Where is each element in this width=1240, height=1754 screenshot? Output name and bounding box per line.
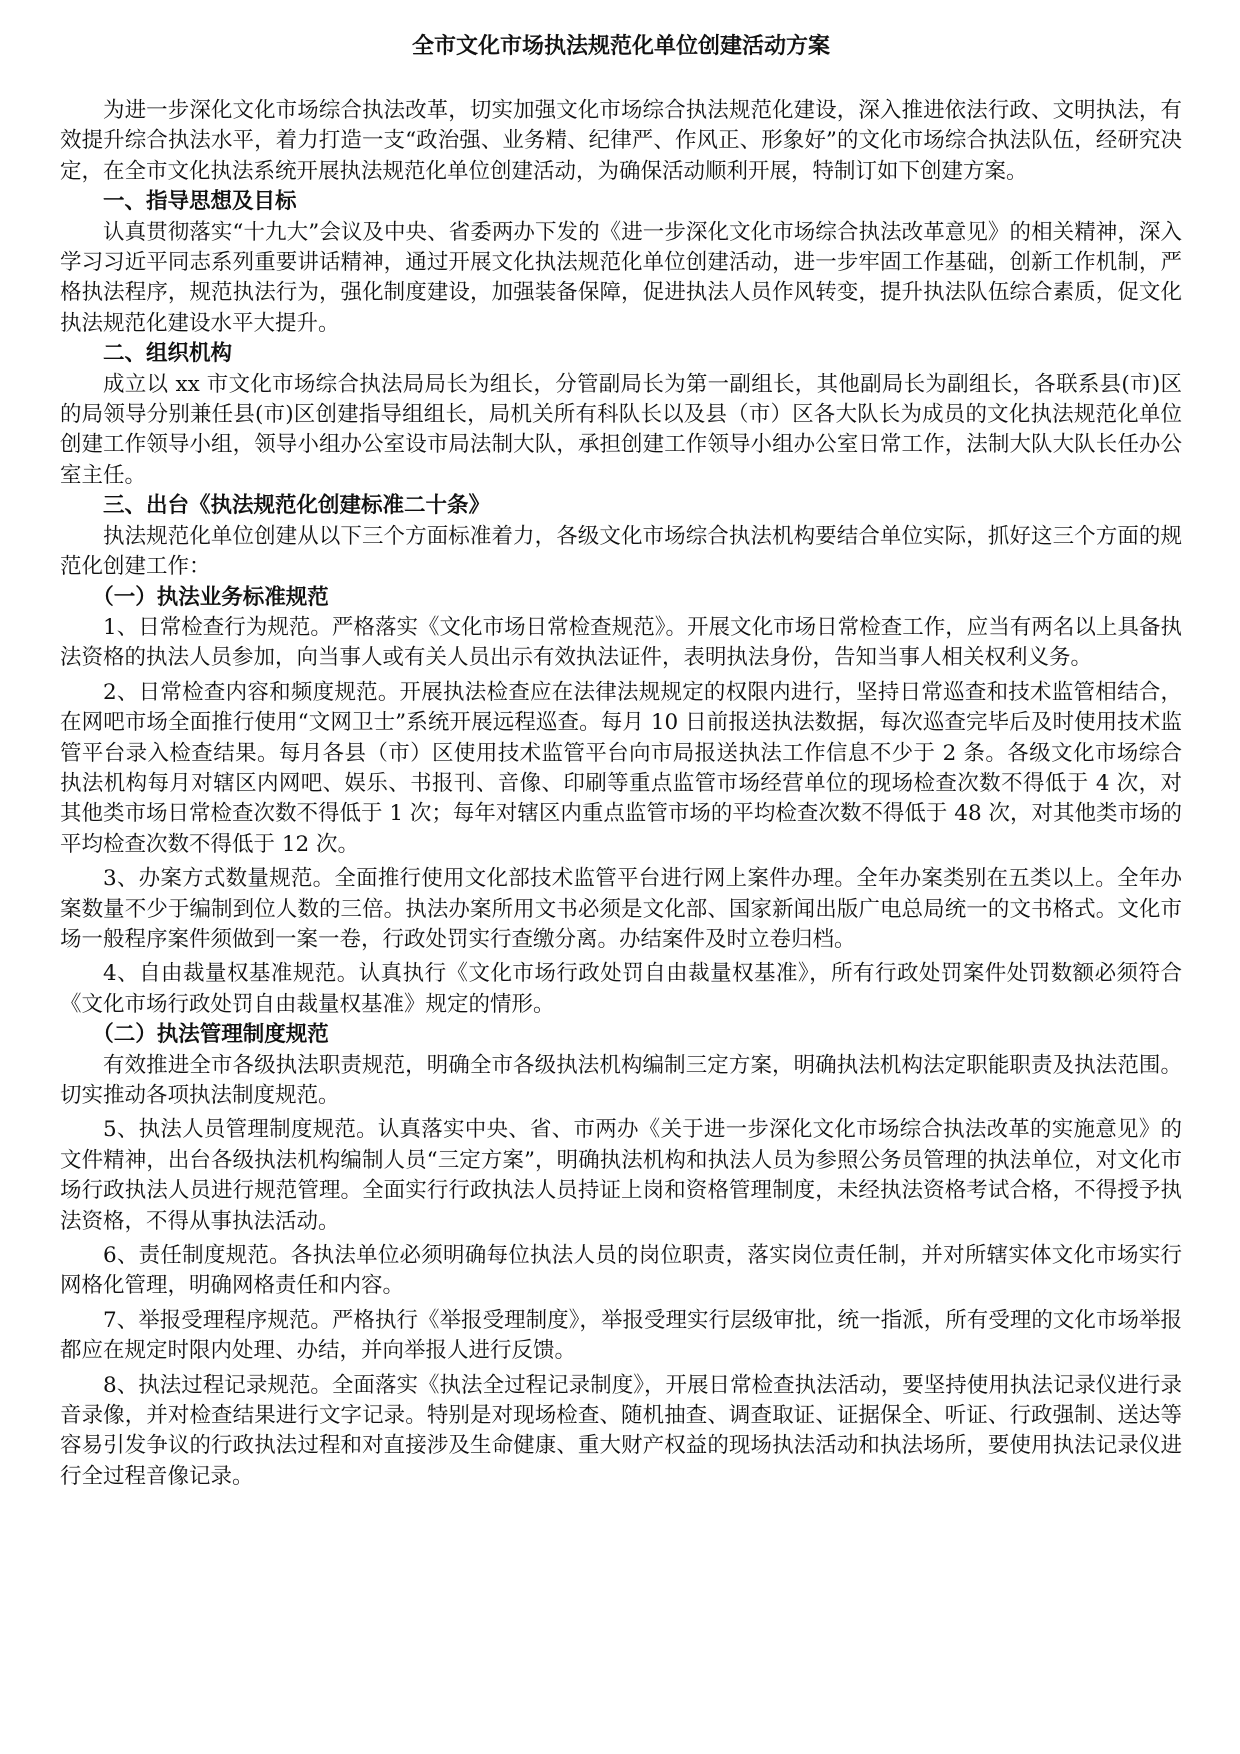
document-page: 全市文化市场执法规范化单位创建活动方案 为进一步深化文化市场综合执法改革，切实加… (60, 30, 1182, 1492)
section-organization: 二、组织机构 成立以 xx 市文化市场综合执法局局长为组长，分管副局长为第一副组… (60, 339, 1182, 491)
paragraph: 1、日常检查行为规范。严格落实《文化市场日常检查规范》。开展文化市场日常检查工作… (60, 613, 1182, 674)
paragraph: 认真贯彻落实“十九大”会议及中央、省委两办下发的《进一步深化文化市场综合执法改革… (60, 218, 1182, 340)
paragraph: 执法规范化单位创建从以下三个方面标准着力，各级文化市场综合执法机构要结合单位实际… (60, 522, 1182, 583)
paragraph: 成立以 xx 市文化市场综合执法局局长为组长，分管副局长为第一副组长，其他副局长… (60, 370, 1182, 492)
document-title: 全市文化市场执法规范化单位创建活动方案 (60, 32, 1182, 62)
paragraph: 8、执法过程记录规范。全面落实《执法全过程记录制度》，开展日常检查执法活动，要坚… (60, 1371, 1182, 1493)
paragraph: 7、举报受理程序规范。严格执行《举报受理制度》，举报受理实行层级审批，统一指派，… (60, 1306, 1182, 1367)
section-heading: 三、出台《执法规范化创建标准二十条》 (60, 491, 1182, 521)
paragraph: 6、责任制度规范。各执法单位必须明确每位执法人员的岗位职责，落实岗位责任制，并对… (60, 1241, 1182, 1302)
subsection-management-standards: （二）执法管理制度规范 有效推进全市各级执法职责规范，明确全市各级执法机构编制三… (60, 1020, 1182, 1492)
paragraph: 3、办案方式数量规范。全面推行使用文化部技术监管平台进行网上案件办理。全年办案类… (60, 864, 1182, 955)
paragraph: 5、执法人员管理制度规范。认真落实中央、省、市两办《关于进一步深化文化市场综合执… (60, 1115, 1182, 1237)
paragraph: 有效推进全市各级执法职责规范，明确全市各级执法机构编制三定方案，明确执法机构法定… (60, 1051, 1182, 1112)
intro-paragraph: 为进一步深化文化市场综合执法改革，切实加强文化市场综合执法规范化建设，深入推进依… (60, 96, 1182, 187)
section-standards: 三、出台《执法规范化创建标准二十条》 执法规范化单位创建从以下三个方面标准着力，… (60, 491, 1182, 1492)
section-guiding-thought: 一、指导思想及目标 认真贯彻落实“十九大”会议及中央、省委两办下发的《进一步深化… (60, 187, 1182, 339)
subsection-business-standards: （一）执法业务标准规范 1、日常检查行为规范。严格落实《文化市场日常检查规范》。… (60, 583, 1182, 1021)
section-heading: 二、组织机构 (60, 339, 1182, 369)
subsection-heading: （一）执法业务标准规范 (60, 583, 1182, 613)
section-heading: 一、指导思想及目标 (60, 187, 1182, 217)
subsection-heading: （二）执法管理制度规范 (60, 1020, 1182, 1050)
paragraph: 2、日常检查内容和频度规范。开展执法检查应在法律法规规定的权限内进行，坚持日常巡… (60, 678, 1182, 860)
paragraph: 4、自由裁量权基准规范。认真执行《文化市场行政处罚自由裁量权基准》，所有行政处罚… (60, 959, 1182, 1020)
